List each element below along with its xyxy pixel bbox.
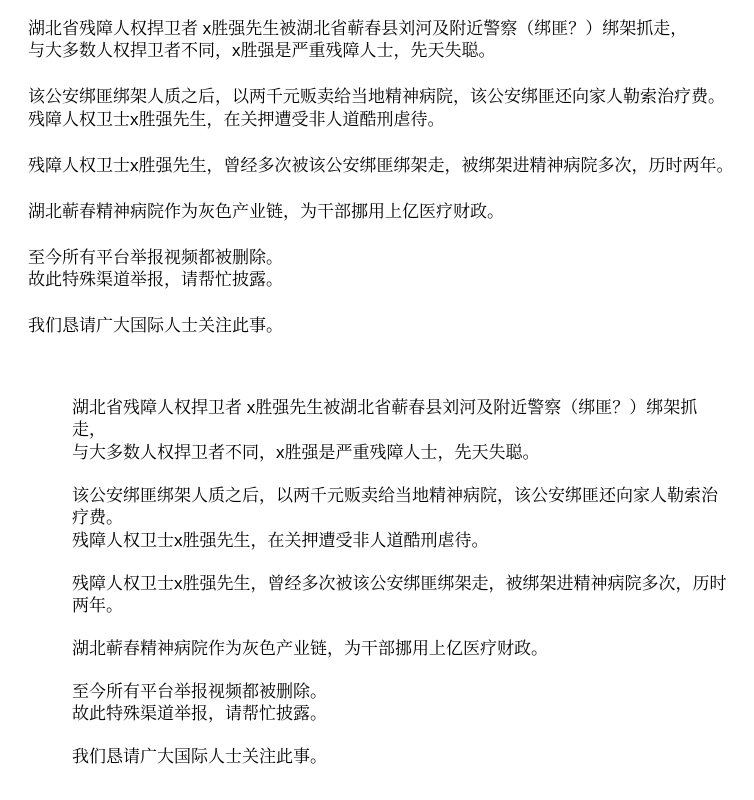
- paragraph: 该公安绑匪绑架人质之后，以两千元贩卖给当地精神病院，该公安绑匪还向家人勒索治疗费…: [72, 485, 749, 552]
- text-line: 故此特殊渠道举报，请帮忙披露。: [28, 269, 728, 291]
- paragraph: 至今所有平台举报视频都被删除。故此特殊渠道举报，请帮忙披露。: [72, 681, 749, 726]
- text-line: 我们恳请广大国际人士关注此事。: [72, 746, 749, 768]
- paragraph: 至今所有平台举报视频都被删除。故此特殊渠道举报，请帮忙披露。: [28, 247, 728, 292]
- text-line: 与大多数人权捍卫者不同，x胜强是严重残障人士，先天失聪。: [72, 442, 749, 464]
- text-line: 该公安绑匪绑架人质之后，以两千元贩卖给当地精神病院，该公安绑匪还向家人勒索治: [72, 485, 749, 507]
- text-line: 湖北蕲春精神病院作为灰色产业链，为干部挪用上亿医疗财政。: [28, 201, 728, 223]
- text-line: 残障人权卫士x胜强先生，在关押遭受非人道酷刑虐待。: [28, 109, 728, 131]
- paragraph: 湖北蕲春精神病院作为灰色产业链，为干部挪用上亿医疗财政。: [72, 638, 749, 660]
- paragraph: 湖北省残障人权捍卫者 x胜强先生被湖北省蕲春县刘河及附近警察（绑匪？）绑架抓走，…: [28, 18, 728, 63]
- message-block-original: 湖北省残障人权捍卫者 x胜强先生被湖北省蕲春县刘河及附近警察（绑匪？）绑架抓走，…: [28, 18, 728, 361]
- text-line: 湖北省残障人权捍卫者 x胜强先生被湖北省蕲春县刘河及附近警察（绑匪？）绑架抓走，: [28, 18, 728, 40]
- text-line: 故此特殊渠道举报，请帮忙披露。: [72, 703, 749, 725]
- text-line: 我们恳请广大国际人士关注此事。: [28, 315, 728, 337]
- text-line: 残障人权卫士x胜强先生，曾经多次被该公安绑匪绑架走，被绑架进精神病院多次，历时两…: [28, 155, 728, 177]
- text-line: 湖北蕲春精神病院作为灰色产业链，为干部挪用上亿医疗财政。: [72, 638, 749, 660]
- text-line: 走，: [72, 419, 749, 441]
- paragraph: 残障人权卫士x胜强先生，曾经多次被该公安绑匪绑架走，被绑架进精神病院多次，历时两…: [28, 155, 728, 177]
- paragraph: 残障人权卫士x胜强先生，曾经多次被该公安绑匪绑架走，被绑架进精神病院多次，历时两…: [72, 573, 749, 618]
- paragraph: 湖北蕲春精神病院作为灰色产业链，为干部挪用上亿医疗财政。: [28, 201, 728, 223]
- text-line: 湖北省残障人权捍卫者 x胜强先生被湖北省蕲春县刘河及附近警察（绑匪？）绑架抓: [72, 397, 749, 419]
- text-line: 至今所有平台举报视频都被删除。: [72, 681, 749, 703]
- paragraph: 湖北省残障人权捍卫者 x胜强先生被湖北省蕲春县刘河及附近警察（绑匪？）绑架抓走，…: [72, 397, 749, 464]
- text-line: 疗费。: [72, 507, 749, 529]
- text-line: 两年。: [72, 595, 749, 617]
- document-page: { "page": { "background_color": "#ffffff…: [0, 0, 754, 800]
- message-block-quoted: 湖北省残障人权捍卫者 x胜强先生被湖北省蕲春县刘河及附近警察（绑匪？）绑架抓走，…: [72, 397, 749, 789]
- text-line: 残障人权卫士x胜强先生，曾经多次被该公安绑匪绑架走，被绑架进精神病院多次，历时: [72, 573, 749, 595]
- text-line: 与大多数人权捍卫者不同，x胜强是严重残障人士，先天失聪。: [28, 40, 728, 62]
- paragraph: 我们恳请广大国际人士关注此事。: [28, 315, 728, 337]
- paragraph: 我们恳请广大国际人士关注此事。: [72, 746, 749, 768]
- text-line: 至今所有平台举报视频都被删除。: [28, 247, 728, 269]
- text-line: 残障人权卫士x胜强先生，在关押遭受非人道酷刑虐待。: [72, 530, 749, 552]
- text-line: 该公安绑匪绑架人质之后，以两千元贩卖给当地精神病院，该公安绑匪还向家人勒索治疗费…: [28, 86, 728, 108]
- paragraph: 该公安绑匪绑架人质之后，以两千元贩卖给当地精神病院，该公安绑匪还向家人勒索治疗费…: [28, 86, 728, 131]
